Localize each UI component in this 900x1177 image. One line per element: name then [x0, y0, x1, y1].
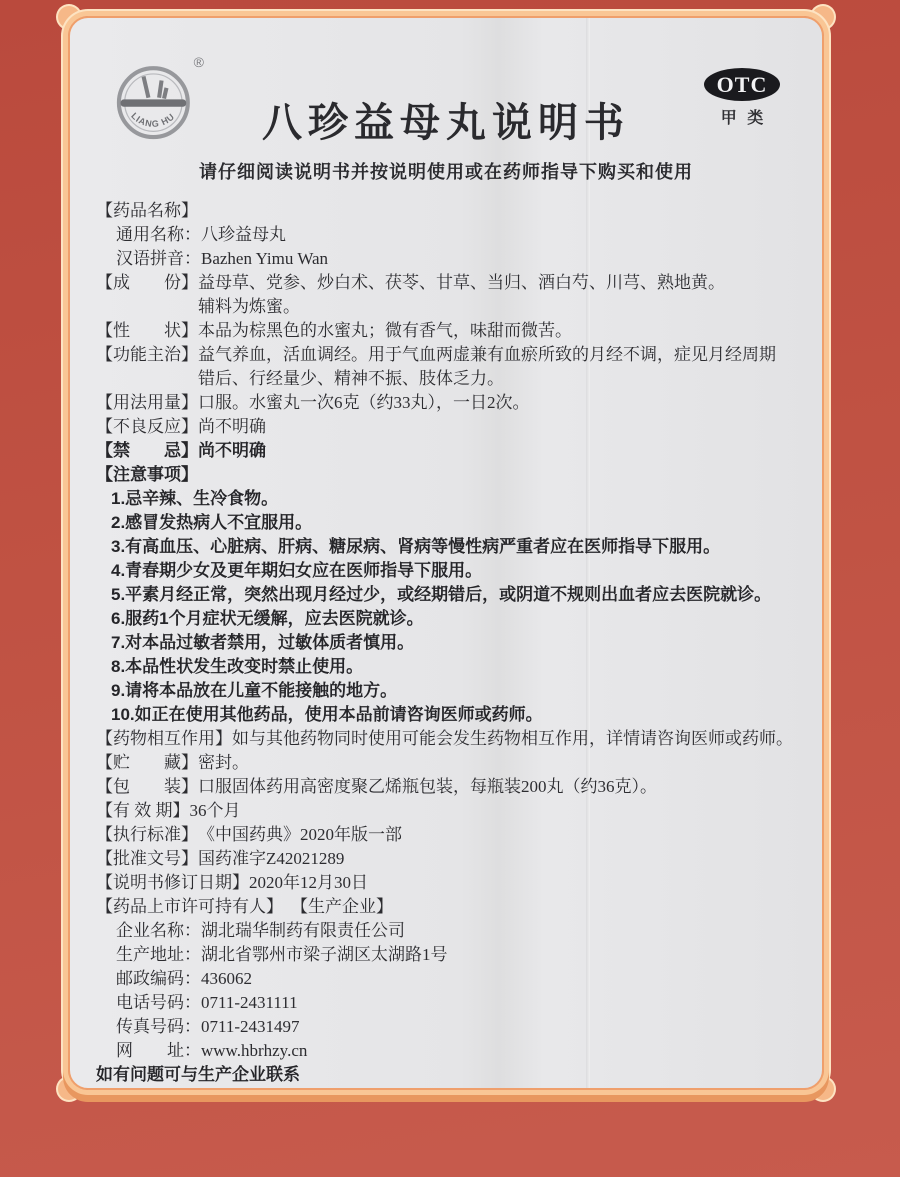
section-label: 【用法用量】: [96, 391, 198, 415]
field-label: 通用名称：: [116, 223, 201, 247]
section-revision-date: 【说明书修订日期】 2020年12月30日: [96, 871, 798, 895]
leaflet-paper: LIANG HU ® OTC 甲 类 八珍益母丸说明书 请仔细阅读说明书并按说明…: [68, 16, 824, 1090]
section-drug-name: 【药品名称】: [96, 199, 798, 223]
precaution-item-7: 7.对本品过敏者禁用，过敏体质者慎用。: [96, 631, 798, 655]
section-label: 【药物相互作用】: [96, 727, 232, 751]
precaution-text: 9.请将本品放在儿童不能接触的地方。: [111, 679, 798, 703]
field-value: 八珍益母丸: [201, 223, 798, 247]
section-text: 尚不明确: [198, 439, 798, 463]
field-label: 企业名称：: [116, 919, 201, 943]
section-storage: 【贮 藏】 密封。: [96, 751, 798, 775]
section-label: 【不良反应】: [96, 415, 198, 439]
leaflet-header: LIANG HU ® OTC 甲 类 八珍益母丸说明书 请仔细阅读说明书并按说明…: [70, 18, 822, 199]
brand-logo-icon: LIANG HU: [114, 58, 196, 144]
field-value: 436062: [201, 967, 798, 991]
section-validity: 【有 效 期】 36个月: [96, 799, 798, 823]
section-text: 口服。水蜜丸一次6克（约33丸），一日2次。: [198, 391, 798, 415]
field-value: 湖北省鄂州市梁子湖区太湖路1号: [201, 943, 798, 967]
registered-trademark-icon: ®: [194, 54, 204, 70]
field-value: 0711-2431497: [201, 1015, 798, 1039]
section-adverse-reactions: 【不良反应】 尚不明确: [96, 415, 798, 439]
otc-grade-label: 甲 类: [704, 105, 780, 128]
section-label: 【批准文号】: [96, 847, 198, 871]
precaution-text: 5.平素月经正常，突然出现月经过少，或经期错后，或阴道不规则出血者应去医院就诊。: [111, 583, 798, 607]
section-text: 口服固体药用高密度聚乙烯瓶包装，每瓶装200丸（约36克）。: [198, 775, 798, 799]
field-label: 网 址：: [116, 1039, 201, 1063]
field-label: 电话号码：: [116, 991, 201, 1015]
holder-label: 【药品上市许可持有人】: [96, 895, 283, 919]
phone-row: 电话号码： 0711-2431111: [96, 991, 798, 1015]
field-label: 汉语拼音：: [116, 247, 201, 271]
producer-label: 【生产企业】: [291, 895, 393, 919]
section-text: 国药准字Z42021289: [198, 847, 798, 871]
section-license-holder: 【药品上市许可持有人】 【生产企业】: [96, 895, 798, 919]
section-text: 《中国药典》2020年版一部: [198, 823, 798, 847]
field-label: 生产地址：: [116, 943, 201, 967]
precaution-item-4: 4.青春期少女及更年期妇女应在医师指导下服用。: [96, 559, 798, 583]
pinyin-row: 汉语拼音： Bazhen Yimu Wan: [96, 247, 798, 271]
section-properties: 【性 状】 本品为棕黑色的水蜜丸；微有香气，味甜而微苦。: [96, 319, 798, 343]
section-text: 密封。: [198, 751, 798, 775]
section-text: 尚不明确: [198, 415, 798, 439]
section-label: 【功能主治】: [96, 343, 198, 367]
section-label: 【包 装】: [96, 775, 198, 799]
section-approval-number: 【批准文号】 国药准字Z42021289: [96, 847, 798, 871]
footer-text: 如有问题可与生产企业联系: [96, 1063, 798, 1087]
company-name-row: 企业名称： 湖北瑞华制药有限责任公司: [96, 919, 798, 943]
precaution-text: 4.青春期少女及更年期妇女应在医师指导下服用。: [111, 559, 798, 583]
section-label: 【禁 忌】: [96, 439, 198, 463]
website-row: 网 址： www.hbrhzy.cn: [96, 1039, 798, 1063]
postal-code-row: 邮政编码： 436062: [96, 967, 798, 991]
section-label: 【说明书修订日期】: [96, 871, 249, 895]
precaution-item-10: 10.如正在使用其他药品，使用本品前请咨询医师或药师。: [96, 703, 798, 727]
field-value: www.hbrhzy.cn: [201, 1039, 798, 1063]
section-text: 2020年12月30日: [249, 871, 798, 895]
section-label: 【执行标准】: [96, 823, 198, 847]
section-label: 【注意事项】: [96, 463, 198, 487]
company-address-row: 生产地址： 湖北省鄂州市梁子湖区太湖路1号: [96, 943, 798, 967]
section-drug-interactions: 【药物相互作用】 如与其他药物同时使用可能会发生药物相互作用，详情请咨询医师或药…: [96, 727, 798, 751]
precaution-item-6: 6.服药1个月症状无缓解，应去医院就诊。: [96, 607, 798, 631]
section-dosage: 【用法用量】 口服。水蜜丸一次6克（约33丸），一日2次。: [96, 391, 798, 415]
field-label: 邮政编码：: [116, 967, 201, 991]
section-text: 36个月: [190, 799, 799, 823]
section-text: 本品为棕黑色的水蜜丸；微有香气，味甜而微苦。: [198, 319, 798, 343]
leaflet-subtitle: 请仔细阅读说明书并按说明使用或在药师指导下购买和使用: [70, 158, 822, 184]
section-ingredients: 【成 份】 益母草、党参、炒白术、茯苓、甘草、当归、酒白芍、川芎、熟地黄。 辅料…: [96, 271, 798, 319]
section-text: 益气养血，活血调经。用于气血两虚兼有血瘀所致的月经不调，症见月经周期 错后、行经…: [198, 343, 798, 391]
section-indications: 【功能主治】 益气养血，活血调经。用于气血两虚兼有血瘀所致的月经不调，症见月经周…: [96, 343, 798, 391]
section-packaging: 【包 装】 口服固体药用高密度聚乙烯瓶包装，每瓶装200丸（约36克）。: [96, 775, 798, 799]
section-label: 【药品名称】: [96, 199, 198, 223]
precaution-item-8: 8.本品性状发生改变时禁止使用。: [96, 655, 798, 679]
precaution-item-9: 9.请将本品放在儿童不能接触的地方。: [96, 679, 798, 703]
otc-label: OTC: [704, 68, 780, 101]
precaution-text: 1.忌辛辣、生冷食物。: [111, 487, 798, 511]
section-label: 【贮 藏】: [96, 751, 198, 775]
field-value: 湖北瑞华制药有限责任公司: [201, 919, 798, 943]
section-text: 益母草、党参、炒白术、茯苓、甘草、当归、酒白芍、川芎、熟地黄。 辅料为炼蜜。: [198, 271, 798, 319]
fax-row: 传真号码： 0711-2431497: [96, 1015, 798, 1039]
field-label: 传真号码：: [116, 1015, 201, 1039]
otc-badge: OTC 甲 类: [704, 68, 780, 128]
section-label: 【有 效 期】: [96, 799, 190, 823]
section-contraindications: 【禁 忌】 尚不明确: [96, 439, 798, 463]
footer-contact-note: 如有问题可与生产企业联系: [96, 1063, 798, 1087]
precaution-text: 7.对本品过敏者禁用，过敏体质者慎用。: [111, 631, 798, 655]
brand-logo: LIANG HU ®: [114, 58, 202, 150]
section-standard: 【执行标准】 《中国药典》2020年版一部: [96, 823, 798, 847]
precaution-text: 8.本品性状发生改变时禁止使用。: [111, 655, 798, 679]
section-label: 【成 份】: [96, 271, 198, 295]
precaution-text: 6.服药1个月症状无缓解，应去医院就诊。: [111, 607, 798, 631]
precaution-item-1: 1.忌辛辣、生冷食物。: [96, 487, 798, 511]
precaution-item-2: 2.感冒发热病人不宜服用。: [96, 511, 798, 535]
field-value: Bazhen Yimu Wan: [201, 247, 798, 271]
field-value: 0711-2431111: [201, 991, 798, 1015]
precaution-text: 10.如正在使用其他药品，使用本品前请咨询医师或药师。: [111, 703, 798, 727]
leaflet-body: 【药品名称】 通用名称： 八珍益母丸 汉语拼音： Bazhen Yimu Wan…: [70, 199, 822, 1087]
precaution-item-5: 5.平素月经正常，突然出现月经过少，或经期错后，或阴道不规则出血者应去医院就诊。: [96, 583, 798, 607]
precaution-text: 2.感冒发热病人不宜服用。: [111, 511, 798, 535]
section-text: 如与其他药物同时使用可能会发生药物相互作用，详情请咨询医师或药师。: [232, 727, 798, 751]
section-label: 【性 状】: [96, 319, 198, 343]
precaution-text: 3.有高血压、心脏病、肝病、糖尿病、肾病等慢性病严重者应在医师指导下服用。: [111, 535, 798, 559]
generic-name-row: 通用名称： 八珍益母丸: [96, 223, 798, 247]
precaution-item-3: 3.有高血压、心脏病、肝病、糖尿病、肾病等慢性病严重者应在医师指导下服用。: [96, 535, 798, 559]
red-background: LIANG HU ® OTC 甲 类 八珍益母丸说明书 请仔细阅读说明书并按说明…: [0, 0, 900, 1177]
section-precautions: 【注意事项】: [96, 463, 798, 487]
